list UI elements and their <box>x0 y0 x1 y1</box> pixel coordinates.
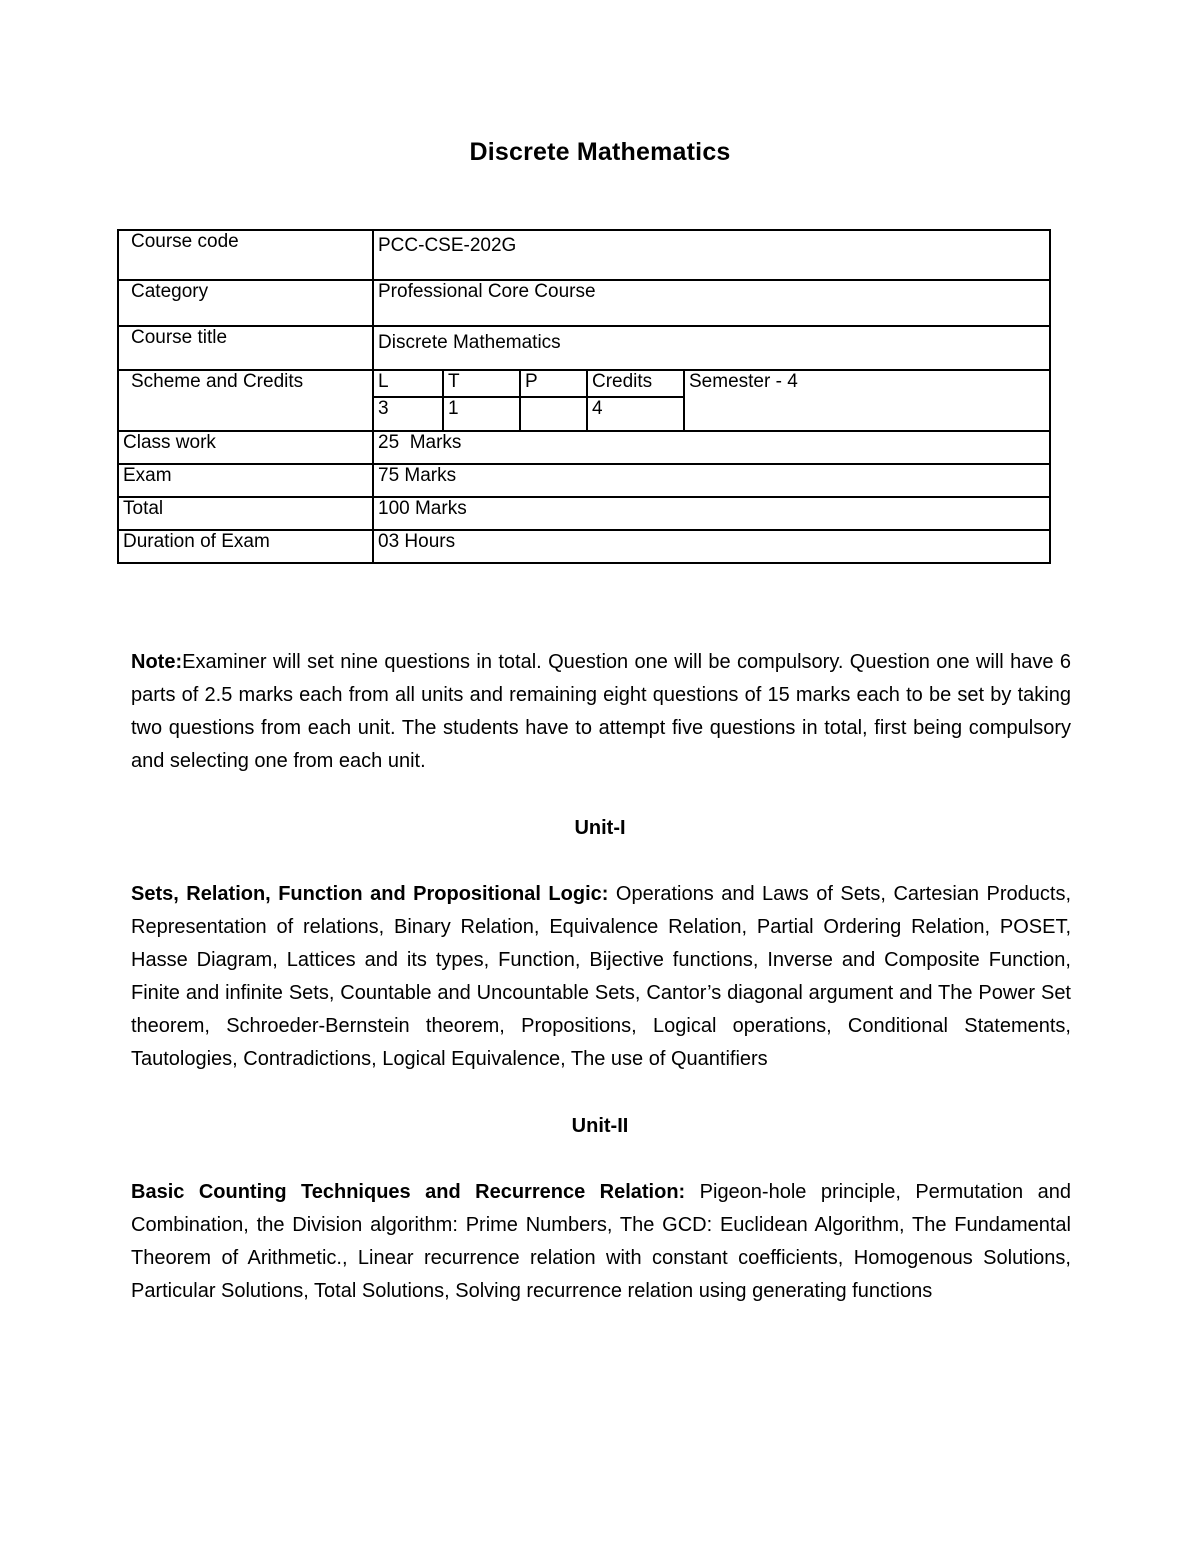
unit-1-content: Sets, Relation, Function and Proposition… <box>131 878 1071 1076</box>
table-row: Duration of Exam 03 Hours <box>118 530 1050 563</box>
unit-1-syllabus: Operations and Laws of Sets, Cartesian P… <box>131 883 1071 1070</box>
exam-note: Note:Examiner will set nine questions in… <box>131 646 1071 778</box>
page-title: Discrete Mathematics <box>0 138 1200 167</box>
table-row: Category Professional Core Course <box>118 280 1050 326</box>
unit-2-topic: Basic Counting Techniques and Recurrence… <box>131 1181 685 1203</box>
scheme-value-p <box>520 397 587 431</box>
course-title-label: Course title <box>118 326 373 370</box>
unit-2-heading: Unit-II <box>0 1115 1200 1138</box>
total-label: Total <box>118 497 373 530</box>
unit-1-topic: Sets, Relation, Function and Proposition… <box>131 883 608 905</box>
course-code-value: PCC-CSE-202G <box>373 230 1050 280</box>
table-row: Exam 75 Marks <box>118 464 1050 497</box>
scheme-value-l: 3 <box>373 397 443 431</box>
exam-value: 75 Marks <box>373 464 1050 497</box>
table-row: Total 100 Marks <box>118 497 1050 530</box>
scheme-label: Scheme and Credits <box>118 370 373 431</box>
unit-1-heading: Unit-I <box>0 817 1200 840</box>
scheme-header-p: P <box>520 370 587 397</box>
table-row: Scheme and Credits L T P Credits Semeste… <box>118 370 1050 397</box>
course-title-value: Discrete Mathematics <box>373 326 1050 370</box>
scheme-header-credits: Credits <box>587 370 684 397</box>
total-value: 100 Marks <box>373 497 1050 530</box>
scheme-header-t: T <box>443 370 520 397</box>
note-label: Note: <box>131 651 182 673</box>
note-text: Examiner will set nine questions in tota… <box>131 651 1071 772</box>
scheme-value-t: 1 <box>443 397 520 431</box>
exam-label: Exam <box>118 464 373 497</box>
scheme-header-l: L <box>373 370 443 397</box>
course-details-table: Course code PCC-CSE-202G Category Profes… <box>117 229 1051 564</box>
table-row: Course code PCC-CSE-202G <box>118 230 1050 280</box>
table-row: Course title Discrete Mathematics <box>118 326 1050 370</box>
category-value: Professional Core Course <box>373 280 1050 326</box>
class-work-label: Class work <box>118 431 373 464</box>
semester-value: Semester - 4 <box>684 370 1050 431</box>
duration-value: 03 Hours <box>373 530 1050 563</box>
scheme-value-credits: 4 <box>587 397 684 431</box>
duration-label: Duration of Exam <box>118 530 373 563</box>
course-code-label: Course code <box>118 230 373 280</box>
class-work-value: 25 Marks <box>373 431 1050 464</box>
category-label: Category <box>118 280 373 326</box>
table-row: Class work 25 Marks <box>118 431 1050 464</box>
unit-2-content: Basic Counting Techniques and Recurrence… <box>131 1176 1071 1308</box>
